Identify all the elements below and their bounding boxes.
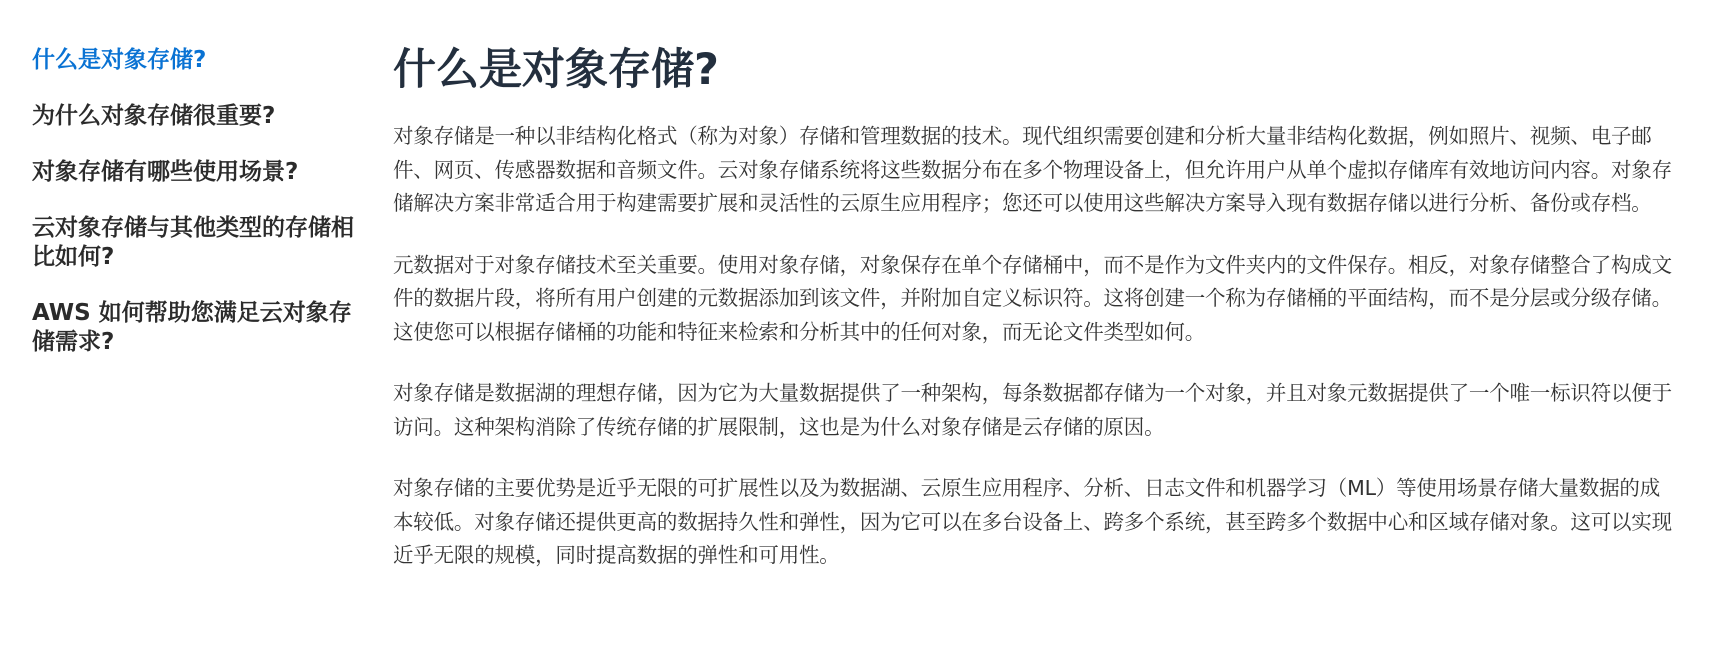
toc-link-what-is-object-storage[interactable]: 什么是对象存储? — [32, 46, 362, 75]
page-title: 什么是对象存储? — [393, 40, 1673, 100]
toc-link-comparison[interactable]: 云对象存储与其他类型的存储相比如何? — [32, 214, 362, 272]
paragraph-advantages: 对象存储的主要优势是近乎无限的可扩展性以及为数据湖、云原生应用程序、分析、日志文… — [393, 472, 1673, 573]
toc-link-aws-help[interactable]: AWS 如何帮助您满足云对象存储需求? — [32, 299, 362, 357]
toc-link-use-cases[interactable]: 对象存储有哪些使用场景? — [32, 158, 362, 187]
toc-link-why-important[interactable]: 为什么对象存储很重要? — [32, 102, 362, 131]
paragraph-data-lake: 对象存储是数据湖的理想存储，因为它为大量数据提供了一种架构，每条数据都存储为一个… — [393, 377, 1673, 444]
page-toc-sidebar: 什么是对象存储? 为什么对象存储很重要? 对象存储有哪些使用场景? 云对象存储与… — [32, 46, 362, 384]
paragraph-metadata: 元数据对于对象存储技术至关重要。使用对象存储，对象保存在单个存储桶中，而不是作为… — [393, 249, 1673, 350]
article-content: 什么是对象存储? 对象存储是一种以非结构化格式（称为对象）存储和管理数据的技术。… — [393, 40, 1673, 601]
paragraph-definition: 对象存储是一种以非结构化格式（称为对象）存储和管理数据的技术。现代组织需要创建和… — [393, 120, 1673, 221]
